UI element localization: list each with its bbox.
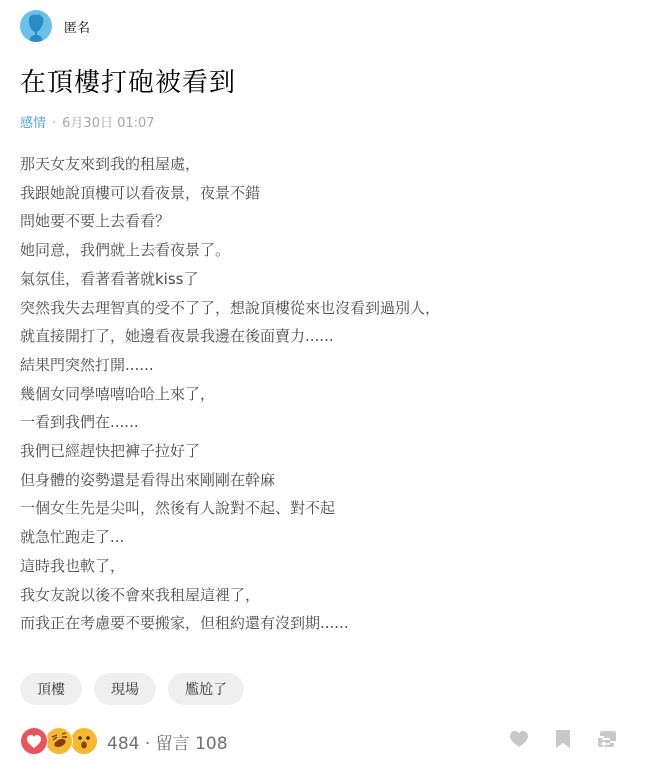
post-title: 在頂樓打砲被看到 — [20, 62, 236, 99]
like-icon[interactable] — [508, 728, 530, 750]
content-line: 但身體的姿勢還是看得出來剛剛在幹麻 — [20, 466, 440, 495]
author-header: 匿名 — [20, 10, 90, 42]
tag-chip[interactable]: 現場 — [94, 673, 156, 705]
content-line: 就急忙跑走了... — [20, 523, 440, 552]
count-separator: · — [145, 734, 150, 754]
content-line: 我女友說以後不會來我租屋這裡了， — [20, 581, 440, 610]
tag-chip[interactable]: 尷尬了 — [168, 673, 244, 705]
avatar[interactable] — [20, 10, 52, 42]
comment-label[interactable]: 留言 — [156, 734, 190, 754]
post-content: 那天女友來到我的租屋處， 我跟她說頂樓可以看夜景，夜景不錯 問她要不要上去看看？… — [20, 150, 440, 638]
author-name[interactable]: 匿名 — [64, 17, 90, 36]
laugh-reaction-icon — [45, 727, 73, 755]
bookmark-icon[interactable] — [552, 728, 574, 750]
content-line: 我們已經趕快把褲子拉好了 — [20, 437, 440, 466]
content-line: 一看到我們在...... — [20, 408, 440, 437]
post-meta: 感情·6月30日 01:07 — [20, 112, 155, 131]
comment-count: 108 — [195, 734, 227, 754]
anonymous-avatar-icon — [20, 10, 52, 42]
share-icon[interactable] — [596, 728, 618, 750]
heart-reaction-icon — [20, 727, 48, 755]
content-line: 幾個女同學嘻嘻哈哈上來了， — [20, 380, 440, 409]
engagement-counts: 484 · 留言 108 — [107, 729, 228, 754]
meta-separator: · — [52, 116, 56, 131]
post-footer: 484 · 留言 108 — [20, 727, 228, 755]
content-line: 她同意，我們就上去看夜景了。 — [20, 236, 440, 265]
tag-chip[interactable]: 頂樓 — [20, 673, 82, 705]
content-line: 我跟她說頂樓可以看夜景，夜景不錯 — [20, 179, 440, 208]
content-line: 這時我也軟了， — [20, 552, 440, 581]
reaction-summary[interactable] — [20, 727, 95, 755]
surprised-reaction-icon — [70, 727, 98, 755]
tag-list: 頂樓 現場 尷尬了 — [20, 673, 244, 705]
content-line: 問她要不要上去看看？ — [20, 207, 440, 236]
content-line: 一個女生先是尖叫，然後有人說對不起、對不起 — [20, 494, 440, 523]
content-line: 結果門突然打開...... — [20, 351, 440, 380]
content-line: 氣氛佳，看著看著就kiss了 — [20, 265, 440, 294]
post-actions — [508, 728, 618, 750]
content-line: 而我正在考慮要不要搬家，但租約還有沒到期...... — [20, 609, 440, 638]
content-line: 就直接開打了，她邊看夜景我邊在後面賣力...... — [20, 322, 440, 351]
content-line: 那天女友來到我的租屋處， — [20, 150, 440, 179]
forum-link[interactable]: 感情 — [20, 116, 46, 131]
content-line: 突然我失去理智真的受不了了，想說頂樓從來也沒看到過別人， — [20, 294, 440, 323]
reaction-count: 484 — [107, 734, 139, 754]
post-timestamp: 6月30日 01:07 — [62, 116, 154, 131]
